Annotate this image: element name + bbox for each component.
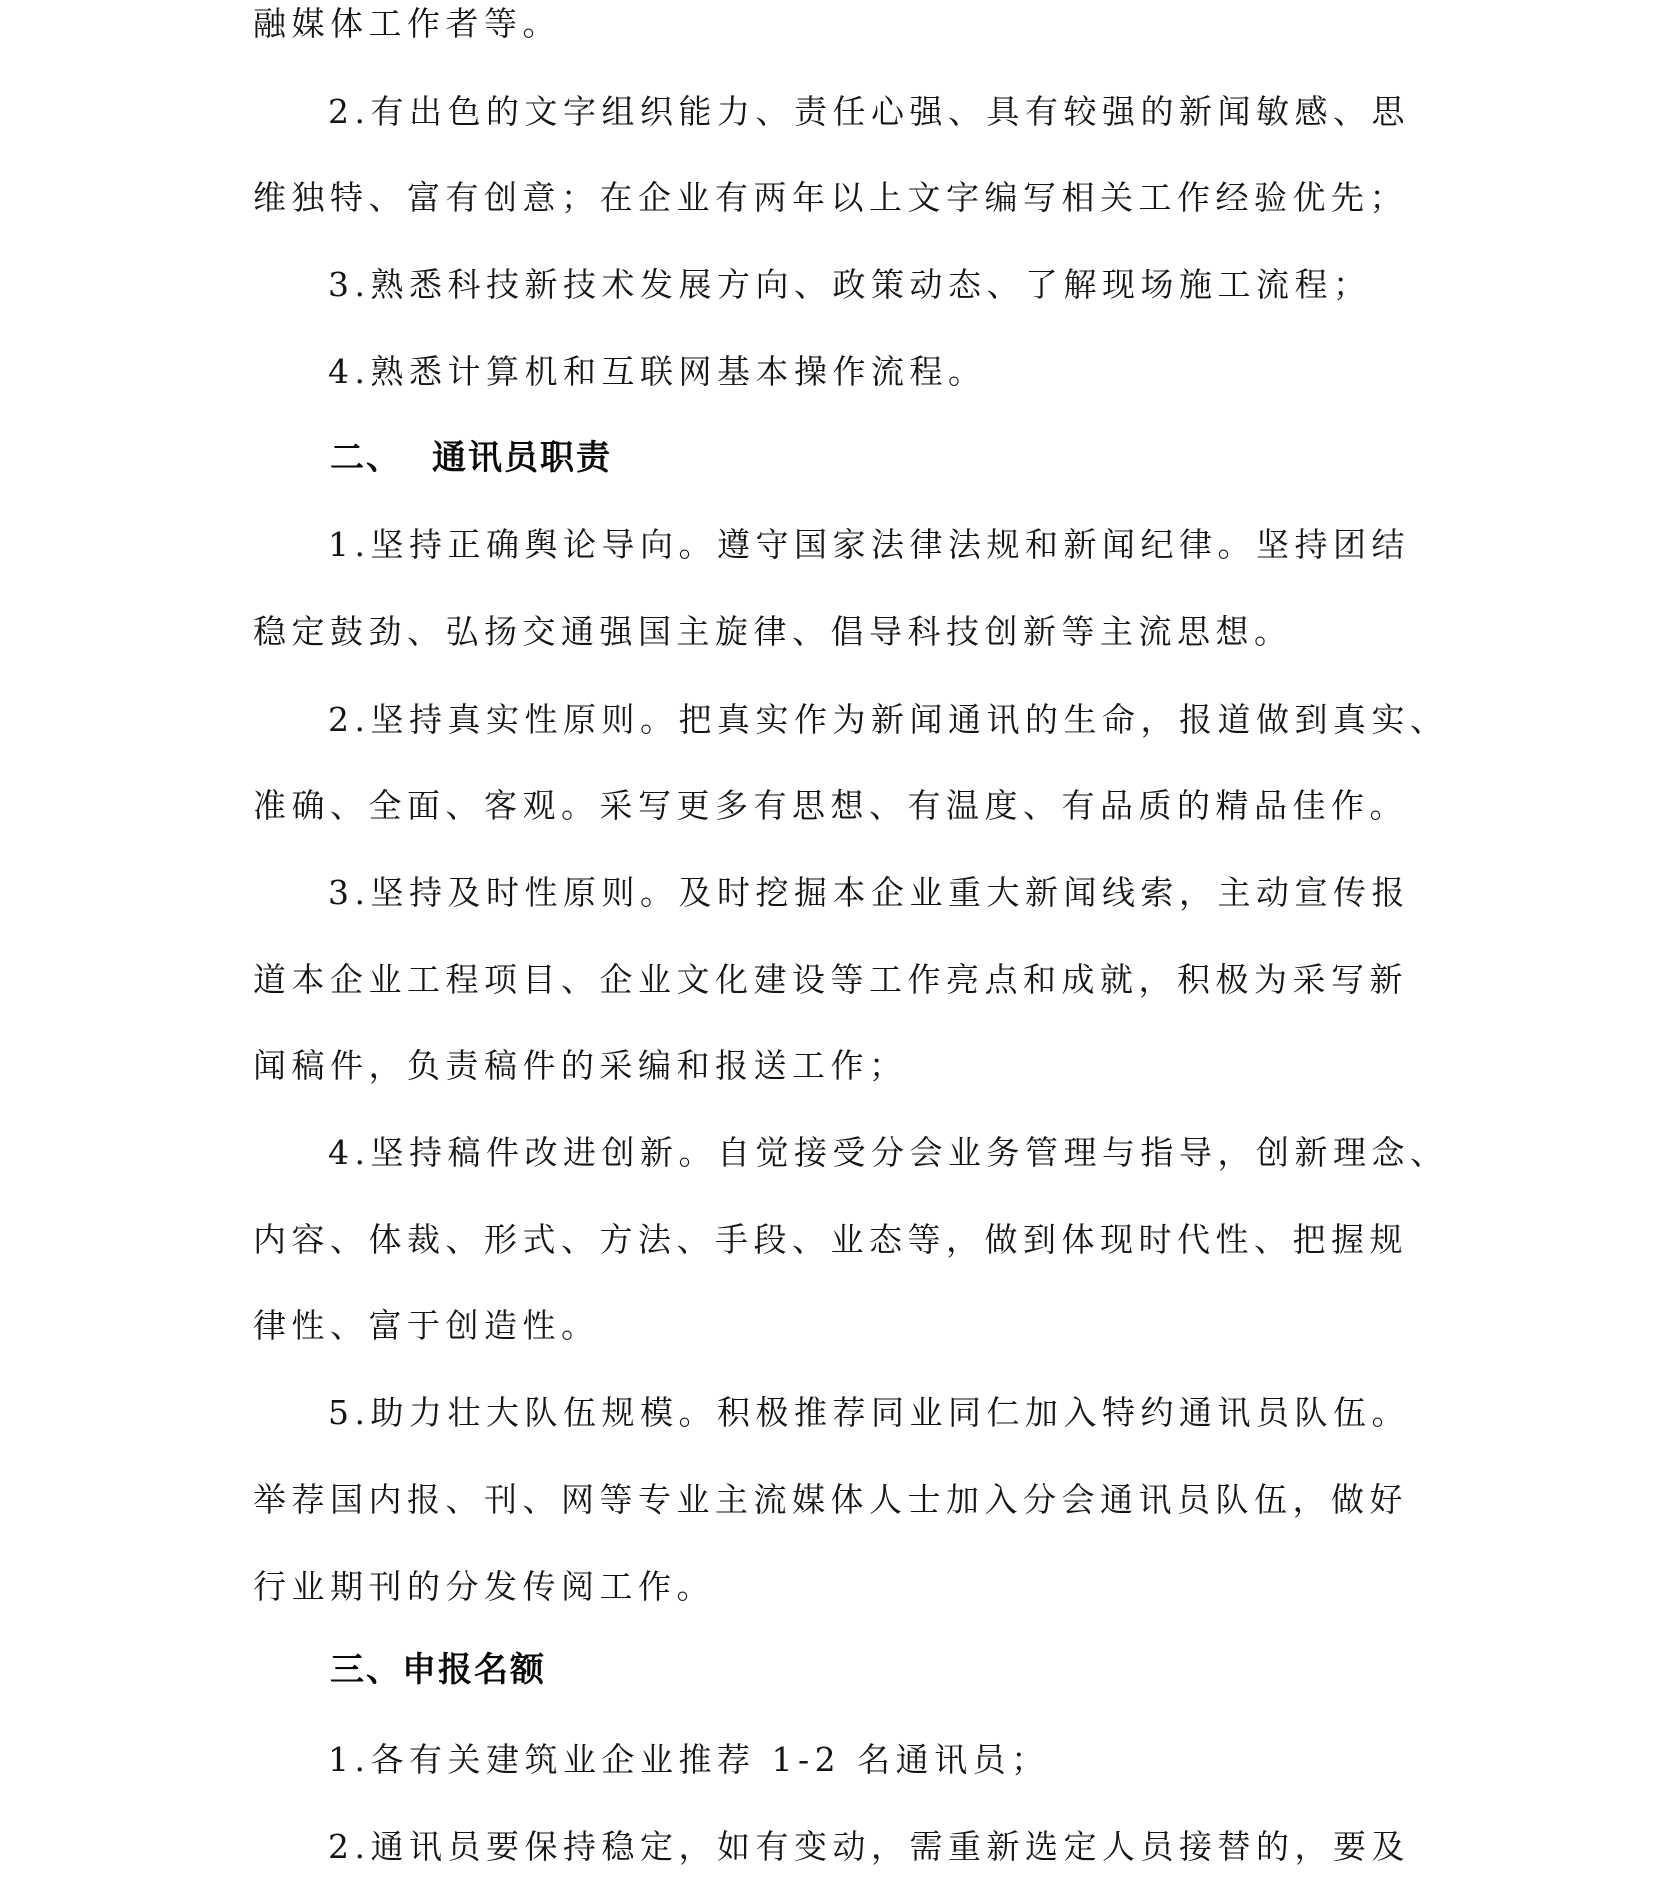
body-line: 融媒体工作者等。 xyxy=(253,2,561,46)
paragraph-line: 1.各有关建筑业企业推荐 1-2 名通讯员； xyxy=(328,1738,1050,1782)
body-line: 道本企业工程项目、企业文化建设等工作亮点和成就，积极为采写新 xyxy=(253,958,1408,1002)
section-heading-2: 二、通讯员职责 xyxy=(330,436,612,480)
body-line: 闻稿件，负责稿件的采编和报送工作； xyxy=(253,1044,908,1088)
paragraph-line: 1.坚持正确舆论导向。遵守国家法律法规和新闻纪律。坚持团结 xyxy=(328,523,1410,567)
paragraph-line: 4.坚持稿件改进创新。自觉接受分会业务管理与指导，创新理念、 xyxy=(328,1131,1449,1175)
section-number: 二、 xyxy=(330,438,402,478)
body-line: 准确、全面、客观。采写更多有思想、有温度、有品质的精品佳作。 xyxy=(253,784,1408,828)
section-title: 申报名额 xyxy=(402,1650,546,1690)
section-number: 三、 xyxy=(330,1650,402,1690)
paragraph-line: 3.坚持及时性原则。及时挖掘本企业重大新闻线索，主动宣传报 xyxy=(328,871,1410,915)
document-page: 融媒体工作者等。 2.有出色的文字组织能力、责任心强、具有较强的新闻敏感、思 维… xyxy=(0,0,1654,1879)
body-line: 律性、富于创造性。 xyxy=(253,1304,600,1348)
paragraph-line: 4.熟悉计算机和互联网基本操作流程。 xyxy=(328,350,987,394)
paragraph-line: 5.助力壮大队伍规模。积极推荐同业同仁加入特约通讯员队伍。 xyxy=(328,1391,1410,1435)
body-line: 维独特、富有创意；在企业有两年以上文字编写相关工作经验优先； xyxy=(253,176,1408,220)
paragraph-line: 2.坚持真实性原则。把真实作为新闻通讯的生命，报道做到真实、 xyxy=(328,698,1449,742)
body-line: 内容、体裁、形式、方法、手段、业态等，做到体现时代性、把握规 xyxy=(253,1218,1408,1262)
section-heading-3: 三、申报名额 xyxy=(330,1648,546,1692)
body-line: 行业期刊的分发传阅工作。 xyxy=(253,1565,715,1609)
body-line: 举荐国内报、刊、网等专业主流媒体人士加入分会通讯员队伍，做好 xyxy=(253,1478,1408,1522)
section-title: 通讯员职责 xyxy=(432,438,612,478)
paragraph-line: 3.熟悉科技新技术发展方向、政策动态、了解现场施工流程； xyxy=(328,263,1372,307)
paragraph-line: 2.有出色的文字组织能力、责任心强、具有较强的新闻敏感、思 xyxy=(328,90,1410,134)
body-line: 稳定鼓劲、弘扬交通强国主旋律、倡导科技创新等主流思想。 xyxy=(253,610,1293,654)
paragraph-line: 2.通讯员要保持稳定，如有变动，需重新选定人员接替的，要及 xyxy=(328,1825,1410,1869)
